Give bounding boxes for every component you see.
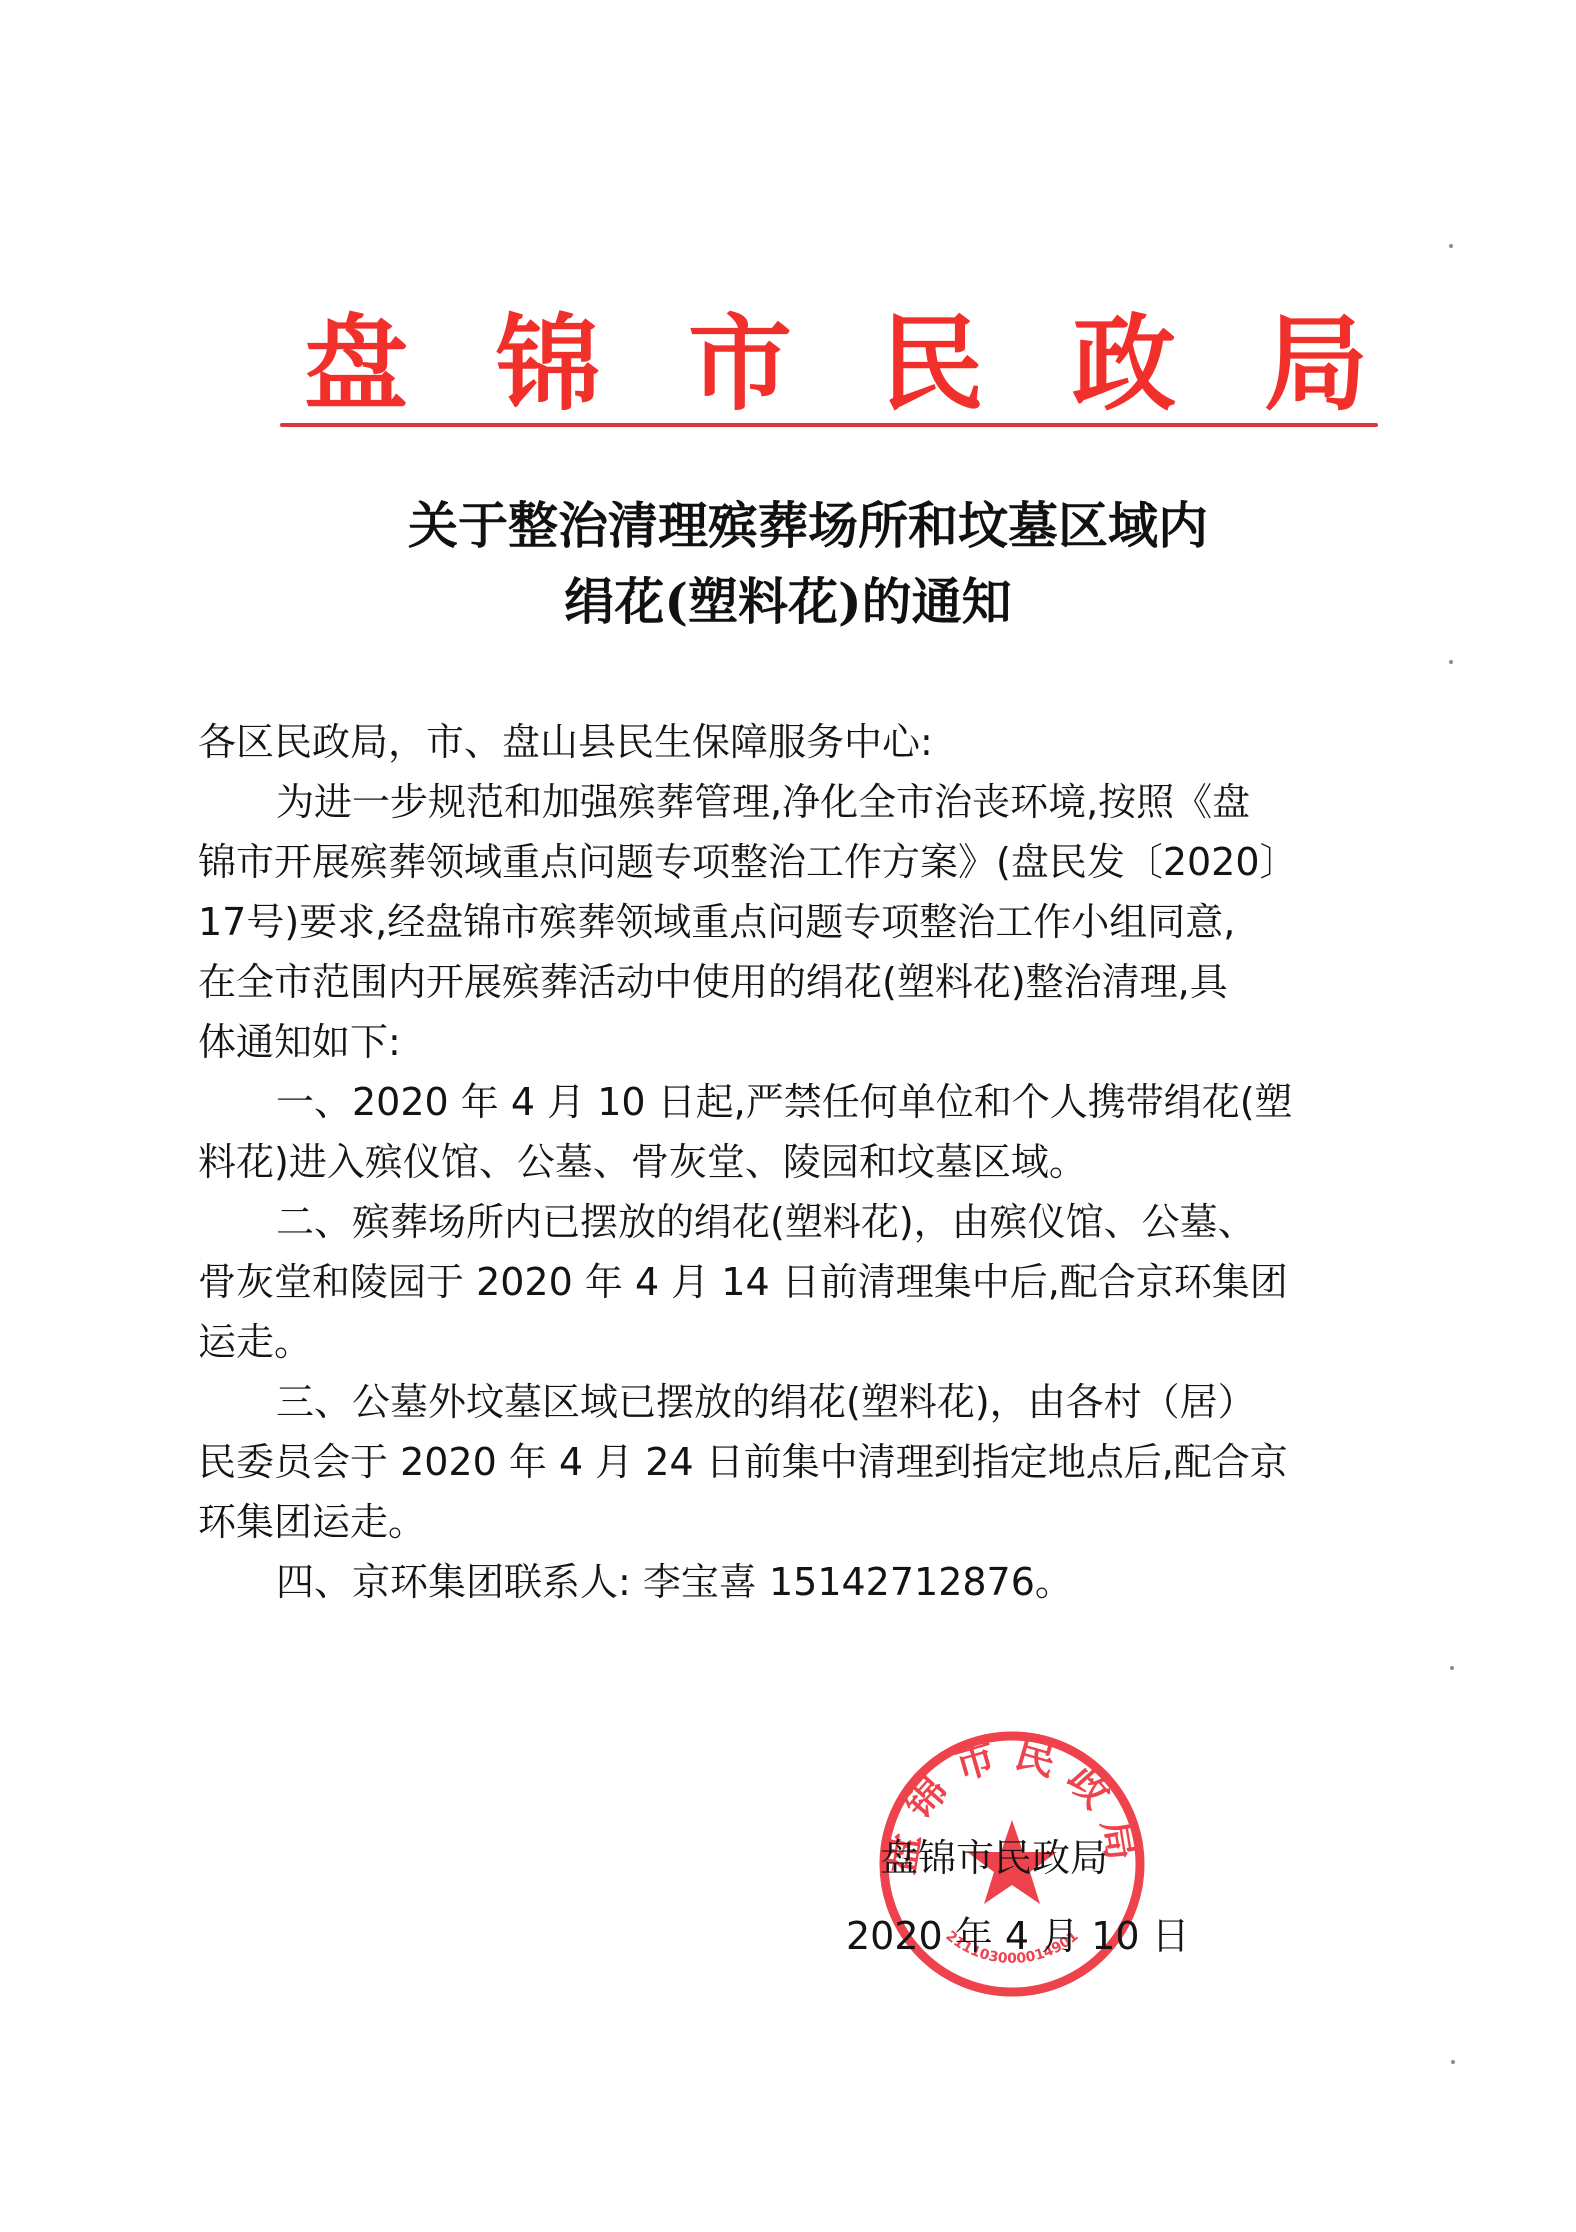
masthead-char: 民 [872, 280, 992, 430]
item-3-line: 三、公墓外坟墓区域已摆放的绢花(塑料花)，由各村（居） [198, 1372, 1398, 1432]
title-line-2: 绢花(塑料花)的通知 [200, 564, 1376, 640]
red-divider [280, 423, 1378, 427]
intro-line: 17号)要求,经盘锦市殡葬领域重点问题专项整治工作小组同意, [198, 892, 1398, 952]
item-1-line: 一、2020 年 4 月 10 日起,严禁任何单位和个人携带绢花(塑 [198, 1072, 1398, 1132]
intro-line: 为进一步规范和加强殡葬管理,净化全市治丧环境,按照《盘 [198, 772, 1398, 832]
item-2-line: 骨灰堂和陵园于 2020 年 4 月 14 日前清理集中后,配合京环集团 [198, 1252, 1398, 1312]
item-2-line: 二、殡葬场所内已摆放的绢花(塑料花)，由殡仪馆、公墓、 [198, 1192, 1398, 1252]
masthead-char: 盘 [296, 280, 416, 430]
masthead-title: 盘 锦 市 民 政 局 [296, 290, 1376, 420]
masthead-char: 政 [1064, 280, 1184, 430]
intro-line: 体通知如下: [198, 1012, 1398, 1072]
signature-block: 盘锦市民政局 2020 年 4 月 10 日 [880, 1828, 1190, 1966]
item-4-contact: 四、京环集团联系人: 李宝喜 15142712876。 [198, 1552, 1398, 1612]
intro-line: 锦市开展殡葬领域重点问题专项整治工作方案》(盘民发〔2020〕 [198, 832, 1398, 892]
masthead-char: 锦 [488, 280, 608, 430]
document-page: 盘 锦 市 民 政 局 关于整治清理殡葬场所和坟墓区域内 绢花(塑料花)的通知 … [0, 0, 1576, 2232]
document-body: 各区民政局，市、盘山县民生保障服务中心: 为进一步规范和加强殡葬管理,净化全市治… [198, 712, 1398, 1612]
scan-mark [1451, 2060, 1455, 2064]
item-3-line: 民委员会于 2020 年 4 月 24 日前集中清理到指定地点后,配合京 [198, 1432, 1398, 1492]
item-2-line: 运走。 [198, 1312, 1398, 1372]
masthead-char: 局 [1256, 280, 1376, 430]
masthead-char: 市 [680, 280, 800, 430]
item-1-line: 料花)进入殡仪馆、公墓、骨灰堂、陵园和坟墓区域。 [198, 1132, 1398, 1192]
addressee: 各区民政局，市、盘山县民生保障服务中心: [198, 712, 1398, 772]
scan-mark [1449, 660, 1453, 664]
scan-mark [1449, 244, 1453, 248]
intro-line: 在全市范围内开展殡葬活动中使用的绢花(塑料花)整治清理,具 [198, 952, 1398, 1012]
title-line-1: 关于整治清理殡葬场所和坟墓区域内 [200, 488, 1376, 564]
signature-org: 盘锦市民政局 [880, 1828, 1190, 1888]
document-title: 关于整治清理殡葬场所和坟墓区域内 绢花(塑料花)的通知 [200, 488, 1376, 640]
scan-mark [1450, 1666, 1454, 1670]
item-3-line: 环集团运走。 [198, 1492, 1398, 1552]
signature-date: 2020 年 4 月 10 日 [846, 1906, 1190, 1966]
